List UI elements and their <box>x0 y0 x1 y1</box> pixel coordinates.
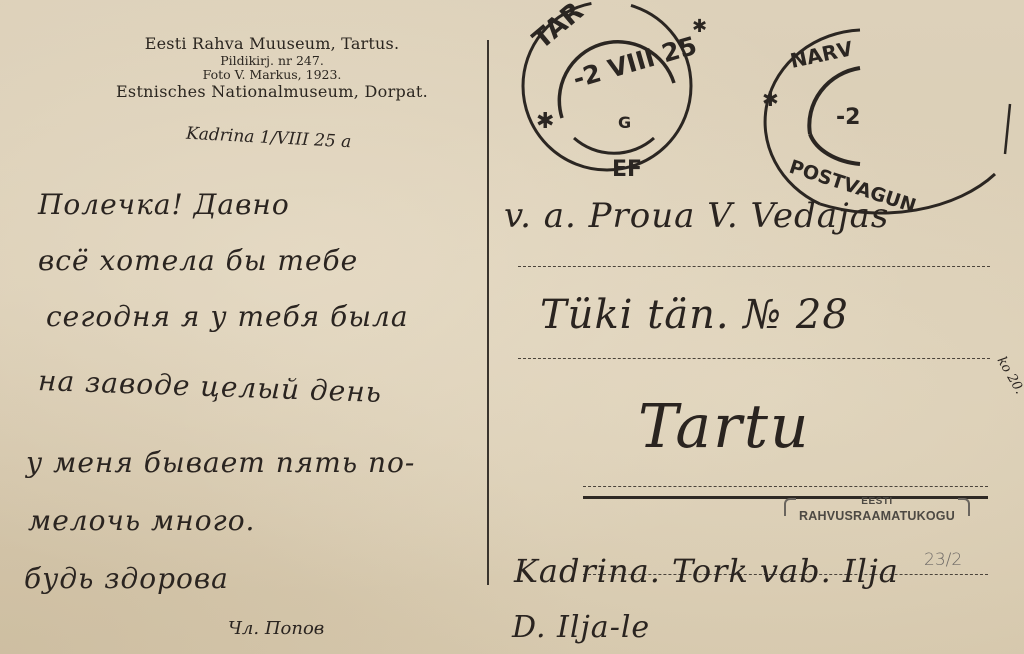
library-stamp-line-2: RAHVUSRAAMATUKOGU <box>782 508 972 524</box>
header-image-number: Pildikirj. nr 247. <box>62 54 482 68</box>
svg-text:✱: ✱ <box>536 109 554 134</box>
svg-text:NARV: NARV <box>788 36 855 73</box>
header-museum-german: Estnisches Nationalmuseum, Dorpat. <box>62 82 482 102</box>
message-line-2: всё хотела бы тебе <box>38 244 358 277</box>
svg-text:-2: -2 <box>836 105 860 130</box>
address-line-2-suffix: ko 20. <box>994 354 1024 397</box>
message-signature: Чл. Попов <box>228 618 324 639</box>
svg-text:EF: EF <box>612 157 642 182</box>
library-stamp: EESTI RAHVUSRAAMATUKOGU <box>782 496 972 536</box>
library-stamp-line-1: EESTI <box>782 496 972 508</box>
message-line-7: будь здорова <box>24 562 229 595</box>
printed-header: Eesti Rahva Muuseum, Tartus. Pildikirj. … <box>62 34 482 102</box>
svg-text:G: G <box>618 113 631 132</box>
pencil-note: 23/2 <box>924 550 962 570</box>
message-line-5: у меня бывает пять по- <box>26 446 415 479</box>
postmark-narva-postvagun: NARV -2 POSTVAGUN ✱ <box>750 24 1020 224</box>
svg-text:✱: ✱ <box>762 87 779 111</box>
postmark-tartu: TAR -2 VIII 25 G EF ✱ ✱ <box>514 0 724 188</box>
message-date: Kadrina 1/VIII 25 a <box>186 124 352 153</box>
center-divider <box>487 40 489 585</box>
address-dotted-line-3 <box>583 486 988 487</box>
address-line-2: Tüki tän. № 28 <box>540 292 849 338</box>
message-line-3: сегодня я у тебя была <box>46 300 409 333</box>
header-museum-estonian: Eesti Rahva Muuseum, Tartus. <box>62 34 482 54</box>
postcard-back: Eesti Rahva Muuseum, Tartus. Pildikirj. … <box>0 0 1024 654</box>
message-line-6: мелочь много. <box>28 504 255 537</box>
address-dotted-line-2 <box>518 358 990 359</box>
sender-line-2: D. Ilja-le <box>512 610 650 645</box>
header-photo-credit: Foto V. Markus, 1923. <box>62 68 482 82</box>
message-line-1: Полечка! Давно <box>38 188 290 221</box>
address-city: Tartu <box>638 392 811 462</box>
message-line-4: на заводе целый день <box>38 364 383 409</box>
svg-text:✱: ✱ <box>692 16 707 37</box>
stamp-bracket-right <box>958 498 970 516</box>
stamp-bracket-left <box>784 498 796 516</box>
address-dotted-line-1 <box>518 266 990 267</box>
address-line-1: v. a. Proua V. Vedajas <box>504 196 889 236</box>
svg-text:TAR: TAR <box>527 0 589 55</box>
svg-text:-2 VIII 25: -2 VIII 25 <box>570 31 700 94</box>
sender-line-1: Kadrina. Tork vab. Ilja <box>514 552 899 590</box>
